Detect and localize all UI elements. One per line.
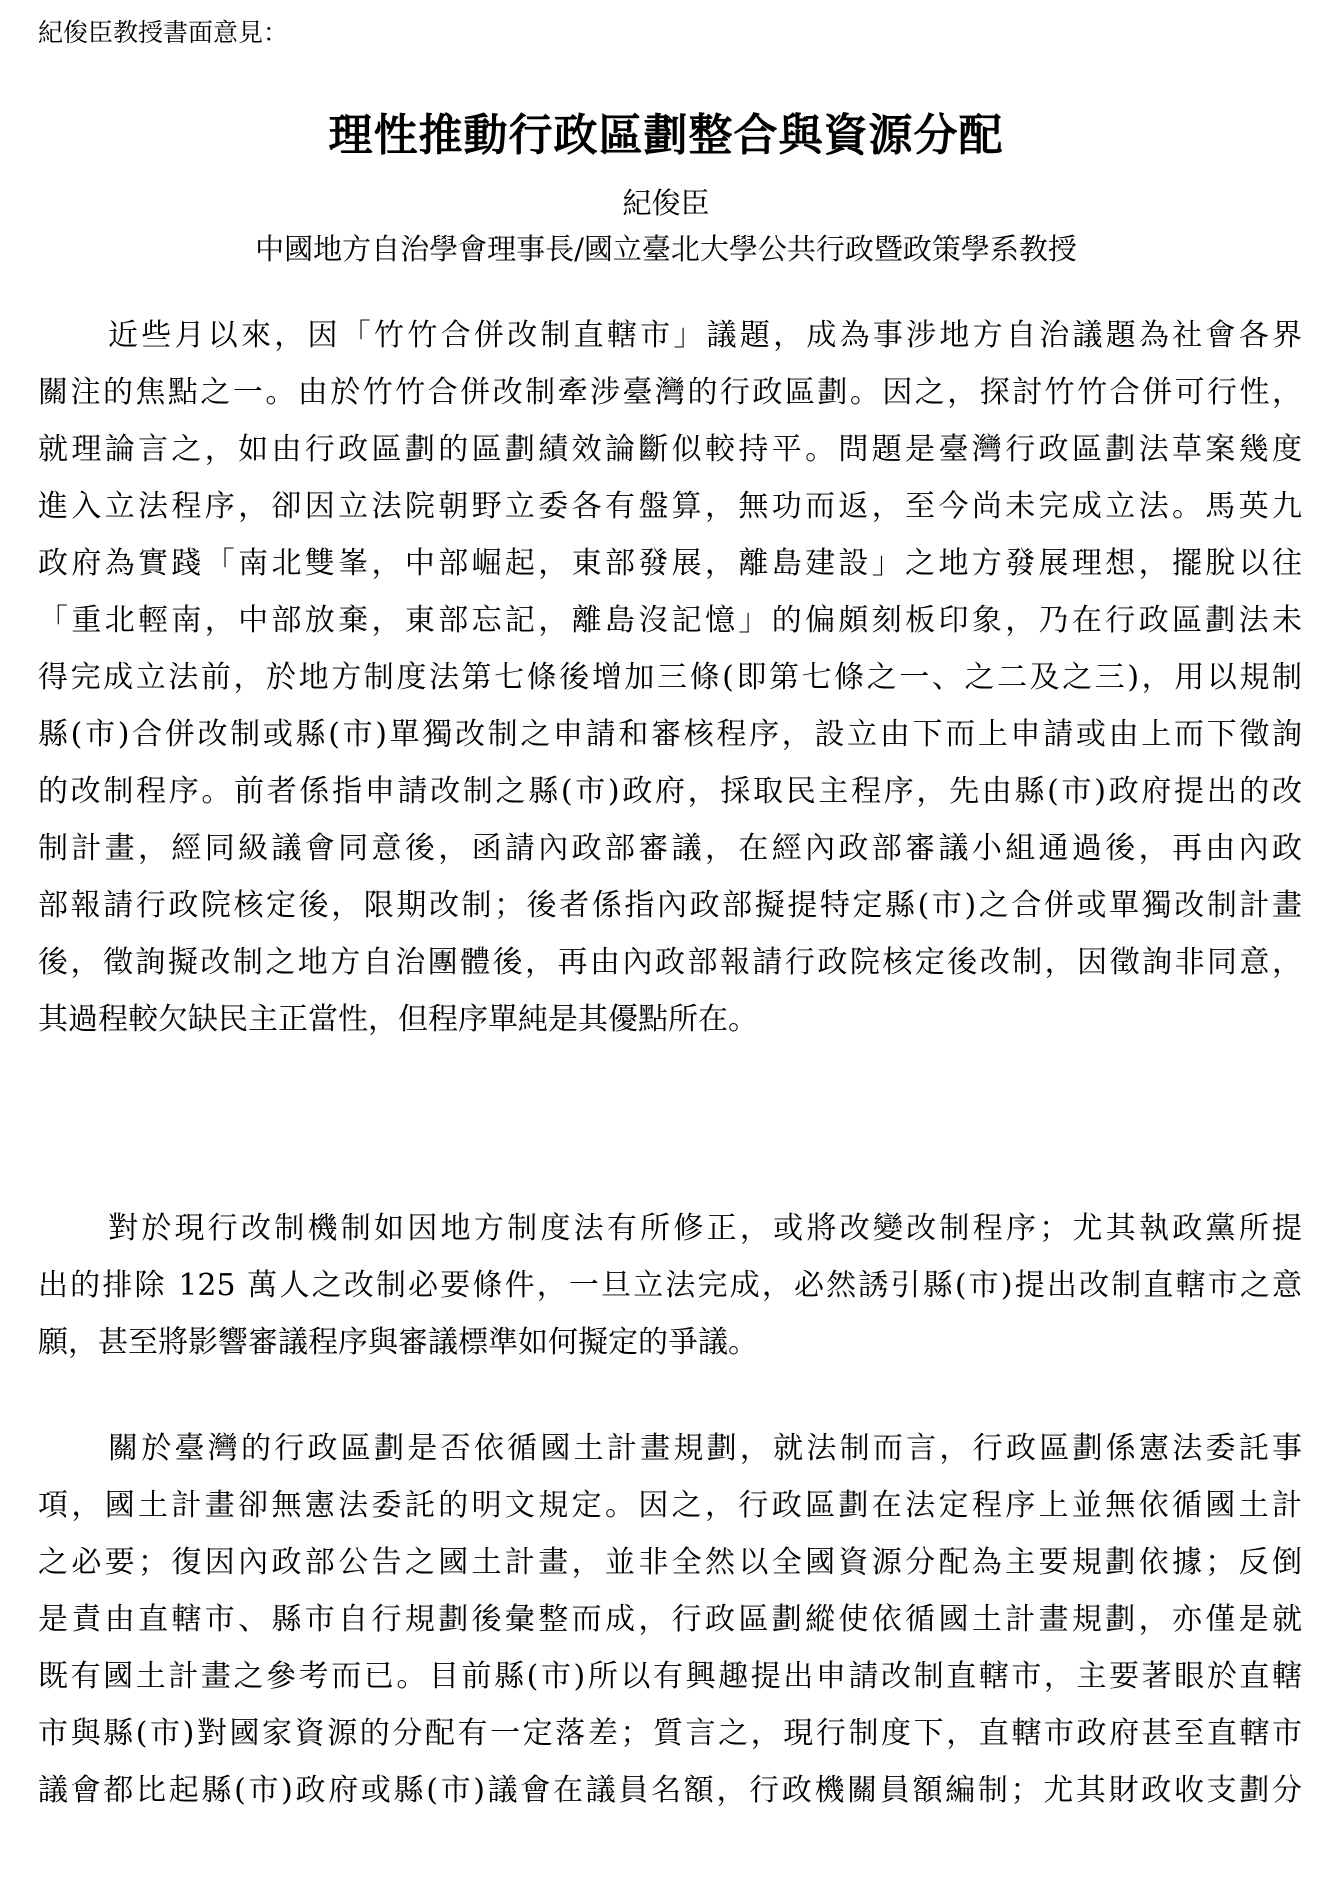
paragraph-line: 的改制程序。前者係指申請改制之縣(市)政府，採取民主程序，先由縣(市)政府提出的…	[38, 763, 1302, 820]
paragraph-line: 得完成立法前，於地方制度法第七條後增加三條(即第七條之一、之二及之三)，用以規制	[38, 649, 1302, 706]
paragraph-line: 縣(市)合併改制或縣(市)單獨改制之申請和審核程序，設立由下而上申請或由上而下徵…	[38, 706, 1302, 763]
paragraph-line: 議會都比起縣(市)政府或縣(市)議會在議員名額，行政機關員額編制；尤其財政收支劃…	[38, 1762, 1302, 1819]
header-note: 紀俊臣教授書面意見：	[38, 18, 288, 48]
paragraph-line: 對於現行改制機制如因地方制度法有所修正，或將改變改制程序；尤其執政黨所提	[38, 1200, 1302, 1257]
paragraph-line: 既有國土計畫之參考而已。目前縣(市)所以有興趣提出申請改制直轄市，主要著眼於直轄	[38, 1648, 1302, 1705]
paragraph-line: 出的排除 125 萬人之改制必要條件，一旦立法完成，必然誘引縣(市)提出改制直轄…	[38, 1257, 1302, 1314]
paragraph-line: 進入立法程序，卻因立法院朝野立委各有盤算，無功而返，至今尚未完成立法。馬英九	[38, 478, 1302, 535]
author-name: 紀俊臣	[0, 184, 1332, 222]
paragraph-1: 近些月以來，因「竹竹合併改制直轄市」議題，成為事涉地方自治議題為社會各界 關注的…	[38, 307, 1302, 1048]
paragraph-line: 其過程較欠缺民主正當性，但程序單純是其優點所在。	[38, 991, 1302, 1048]
paragraph-line: 是責由直轄市、縣市自行規劃後彙整而成，行政區劃縱使依循國土計畫規劃，亦僅是就	[38, 1591, 1302, 1648]
paragraph-line: 之必要；復因內政部公告之國土計畫，並非全然以全國資源分配為主要規劃依據；反倒	[38, 1534, 1302, 1591]
paragraph-line: 願，甚至將影響審議程序與審議標準如何擬定的爭議。	[38, 1314, 1302, 1371]
paragraph-line: 市與縣(市)對國家資源的分配有一定落差；質言之，現行制度下，直轄市政府甚至直轄市	[38, 1705, 1302, 1762]
author-affiliation: 中國地方自治學會理事長/國立臺北大學公共行政暨政策學系教授	[0, 230, 1332, 268]
paragraph-line: 「重北輕南，中部放棄，東部忘記，離島沒記憶」的偏頗刻板印象，乃在行政區劃法未	[38, 592, 1302, 649]
paragraph-line: 政府為實踐「南北雙峯，中部崛起，東部發展，離島建設」之地方發展理想，擺脫以往	[38, 535, 1302, 592]
paragraph-line: 部報請行政院核定後，限期改制；後者係指內政部擬提特定縣(市)之合併或單獨改制計畫	[38, 877, 1302, 934]
paragraph-line: 關於臺灣的行政區劃是否依循國土計畫規劃，就法制而言，行政區劃係憲法委託事	[38, 1420, 1302, 1477]
paragraph-line: 關注的焦點之一。由於竹竹合併改制牽涉臺灣的行政區劃。因之，探討竹竹合併可行性，	[38, 364, 1302, 421]
paragraph-line: 後，徵詢擬改制之地方自治團體後，再由內政部報請行政院核定後改制，因徵詢非同意，	[38, 934, 1302, 991]
document-title: 理性推動行政區劃整合與資源分配	[0, 108, 1332, 164]
paragraph-line: 就理論言之，如由行政區劃的區劃績效論斷似較持平。問題是臺灣行政區劃法草案幾度	[38, 421, 1302, 478]
paragraph-3: 關於臺灣的行政區劃是否依循國土計畫規劃，就法制而言，行政區劃係憲法委託事 項，國…	[38, 1420, 1302, 1819]
paragraph-line: 制計畫，經同級議會同意後，函請內政部審議，在經內政部審議小組通過後，再由內政	[38, 820, 1302, 877]
paragraph-line: 項，國土計畫卻無憲法委託的明文規定。因之，行政區劃在法定程序上並無依循國土計	[38, 1477, 1302, 1534]
paragraph-2: 對於現行改制機制如因地方制度法有所修正，或將改變改制程序；尤其執政黨所提 出的排…	[38, 1200, 1302, 1371]
paragraph-line: 近些月以來，因「竹竹合併改制直轄市」議題，成為事涉地方自治議題為社會各界	[38, 307, 1302, 364]
